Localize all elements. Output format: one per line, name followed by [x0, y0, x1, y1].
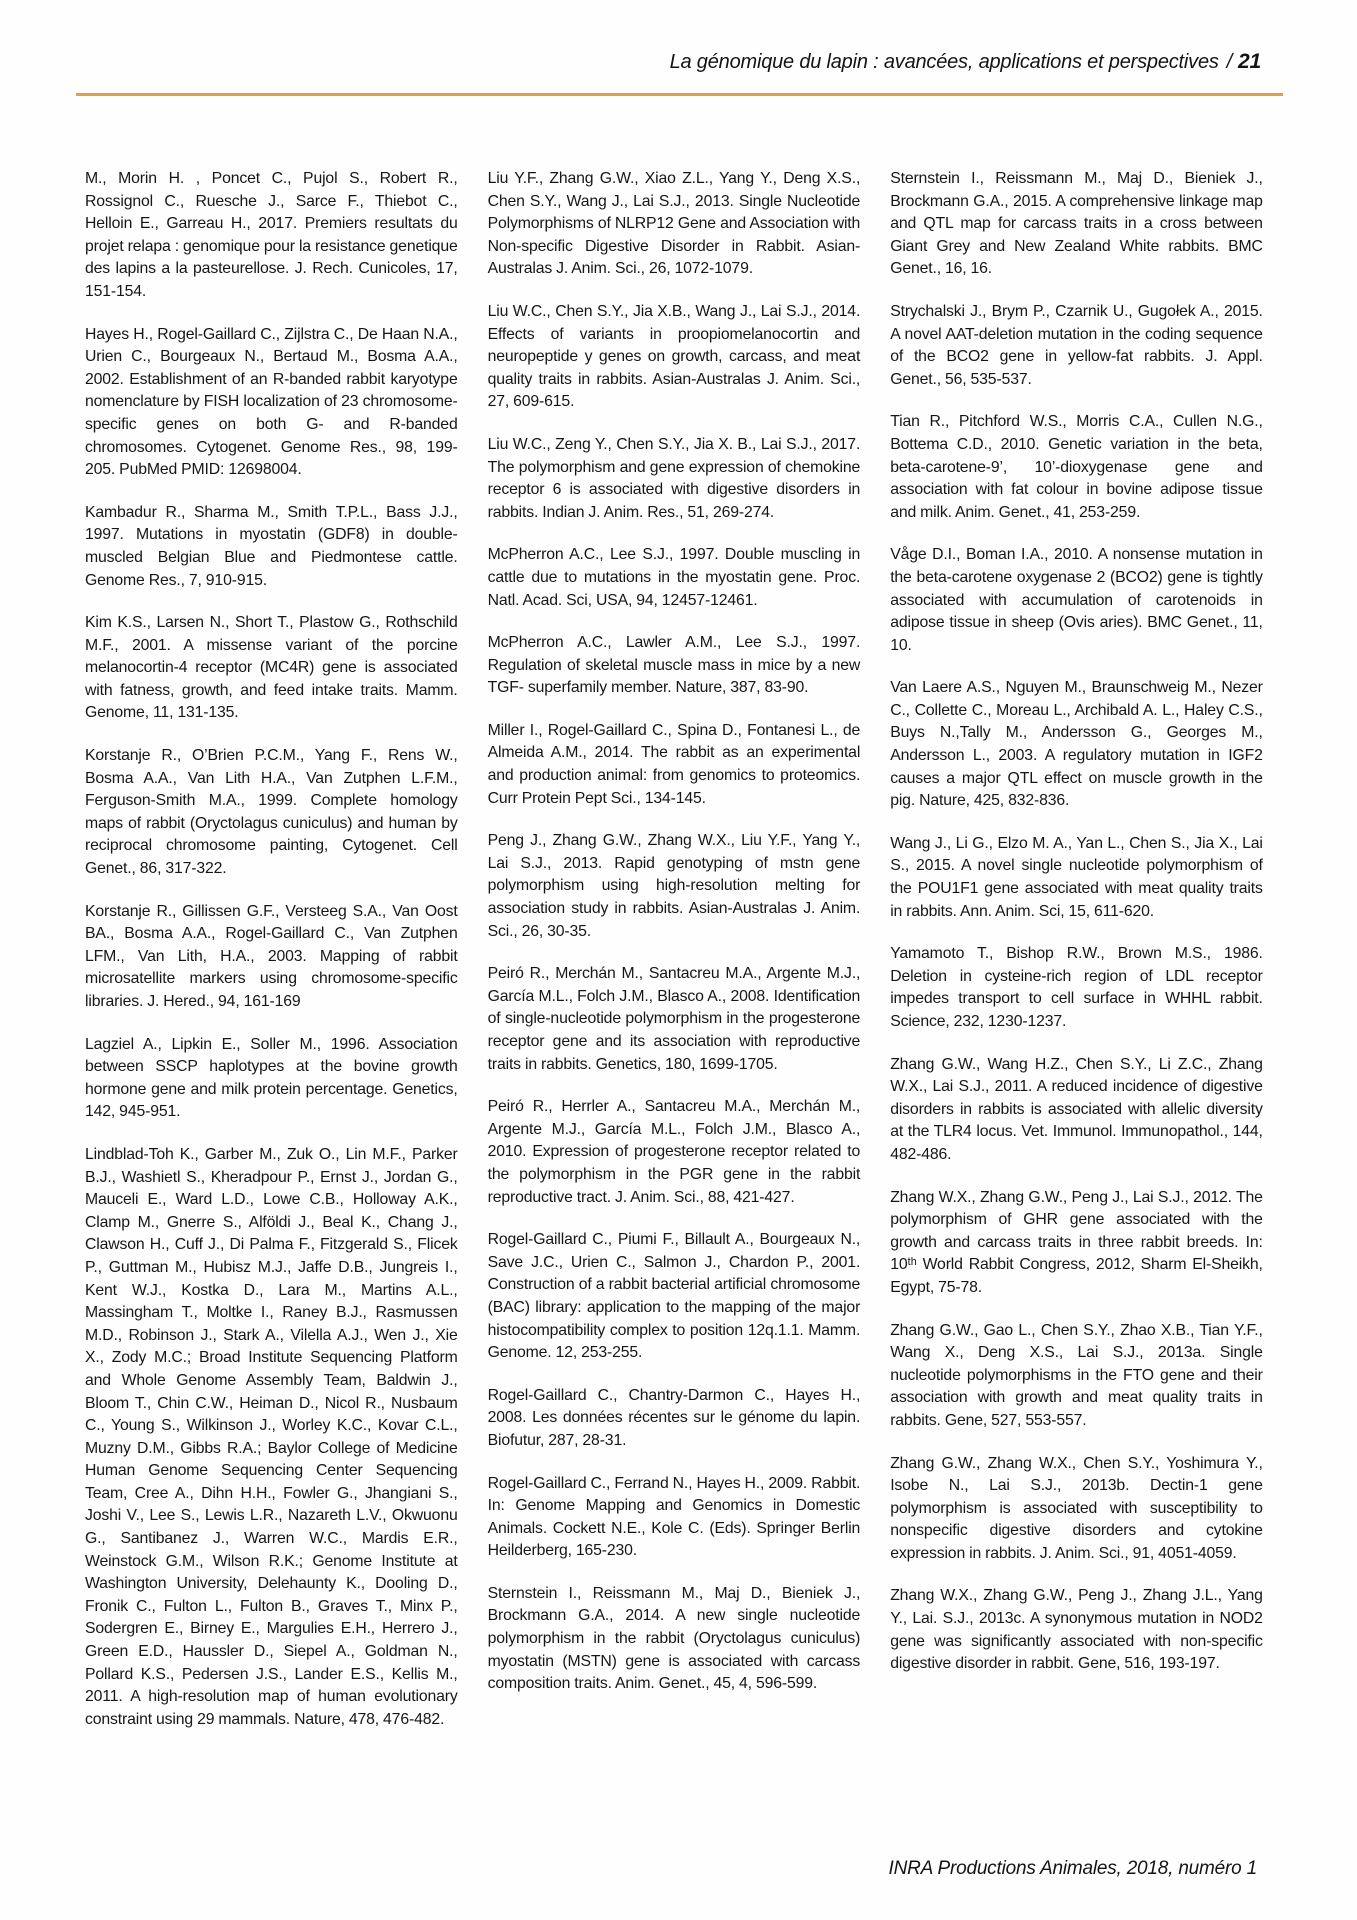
reference-entry: Tian R., Pitchford W.S., Morris C.A., Cu… — [890, 411, 1263, 524]
reference-entry: Korstanje R., O’Brien P.C.M., Yang F., R… — [85, 745, 458, 881]
reference-entry: Hayes H., Rogel-Gaillard C., Zijlstra C.… — [85, 324, 458, 482]
reference-entry: Yamamoto T., Bishop R.W., Brown M.S., 19… — [890, 943, 1263, 1033]
reference-entry: Lindblad-Toh K., Garber M., Zuk O., Lin … — [85, 1144, 458, 1731]
reference-entry: Miller I., Rogel-Gaillard C., Spina D., … — [488, 720, 861, 810]
references-column-1: M., Morin H. , Poncet C., Pujol S., Robe… — [85, 168, 458, 1751]
reference-entry: Kim K.S., Larsen N., Short T., Plastow G… — [85, 612, 458, 725]
reference-entry: Zhang G.W., Zhang W.X., Chen S.Y., Yoshi… — [890, 1453, 1263, 1566]
reference-entry: Liu W.C., Zeng Y., Chen S.Y., Jia X. B.,… — [488, 434, 861, 524]
reference-entry: Zhang G.W., Wang H.Z., Chen S.Y., Li Z.C… — [890, 1054, 1263, 1167]
running-head-title: La génomique du lapin : avancées, applic… — [670, 51, 1219, 73]
reference-entry: Zhang W.X., Zhang G.W., Peng J., Zhang J… — [890, 1585, 1263, 1675]
reference-entry: Liu Y.F., Zhang G.W., Xiao Z.L., Yang Y.… — [488, 168, 861, 281]
reference-entry: Zhang W.X., Zhang G.W., Peng J., Lai S.J… — [890, 1187, 1263, 1300]
reference-entry: Rogel-Gaillard C., Piumi F., Billault A.… — [488, 1229, 861, 1365]
page-number: 21 — [1238, 50, 1261, 73]
reference-entry: McPherron A.C., Lawler A.M., Lee S.J., 1… — [488, 632, 861, 700]
reference-entry: Peng J., Zhang G.W., Zhang W.X., Liu Y.F… — [488, 830, 861, 943]
reference-entry: Kambadur R., Sharma M., Smith T.P.L., Ba… — [85, 502, 458, 592]
reference-entry: Sternstein I., Reissmann M., Maj D., Bie… — [488, 1583, 861, 1696]
reference-entry: Rogel-Gaillard C., Chantry-Darmon C., Ha… — [488, 1385, 861, 1453]
references-columns: M., Morin H. , Poncet C., Pujol S., Robe… — [85, 168, 1263, 1751]
reference-entry: Våge D.I., Boman I.A., 2010. A nonsense … — [890, 544, 1263, 657]
references-column-3: Sternstein I., Reissmann M., Maj D., Bie… — [890, 168, 1263, 1751]
reference-entry: Sternstein I., Reissmann M., Maj D., Bie… — [890, 168, 1263, 281]
journal-page: La génomique du lapin : avancées, applic… — [0, 0, 1357, 1920]
reference-entry: Korstanje R., Gillissen G.F., Versteeg S… — [85, 901, 458, 1014]
running-head-separator: / — [1227, 51, 1232, 73]
reference-entry: Peiró R., Herrler A., Santacreu M.A., Me… — [488, 1096, 861, 1209]
reference-entry: Wang J., Li G., Elzo M. A., Yan L., Chen… — [890, 833, 1263, 923]
running-head: La génomique du lapin : avancées, applic… — [85, 50, 1261, 74]
reference-entry: Van Laere A.S., Nguyen M., Braunschweig … — [890, 677, 1263, 813]
reference-entry: Zhang G.W., Gao L., Chen S.Y., Zhao X.B.… — [890, 1320, 1263, 1433]
reference-entry: Liu W.C., Chen S.Y., Jia X.B., Wang J., … — [488, 301, 861, 414]
reference-entry: Strychalski J., Brym P., Czarnik U., Gug… — [890, 301, 1263, 391]
reference-entry: M., Morin H. , Poncet C., Pujol S., Robe… — [85, 168, 458, 304]
reference-entry: McPherron A.C., Lee S.J., 1997. Double m… — [488, 544, 861, 612]
journal-footer: INRA Productions Animales, 2018, numéro … — [889, 1858, 1257, 1880]
header-rule — [76, 93, 1283, 96]
reference-entry: Lagziel A., Lipkin E., Soller M., 1996. … — [85, 1034, 458, 1124]
reference-entry: Rogel-Gaillard C., Ferrand N., Hayes H.,… — [488, 1473, 861, 1563]
reference-entry: Peiró R., Merchán M., Santacreu M.A., Ar… — [488, 963, 861, 1076]
references-column-2: Liu Y.F., Zhang G.W., Xiao Z.L., Yang Y.… — [488, 168, 861, 1751]
